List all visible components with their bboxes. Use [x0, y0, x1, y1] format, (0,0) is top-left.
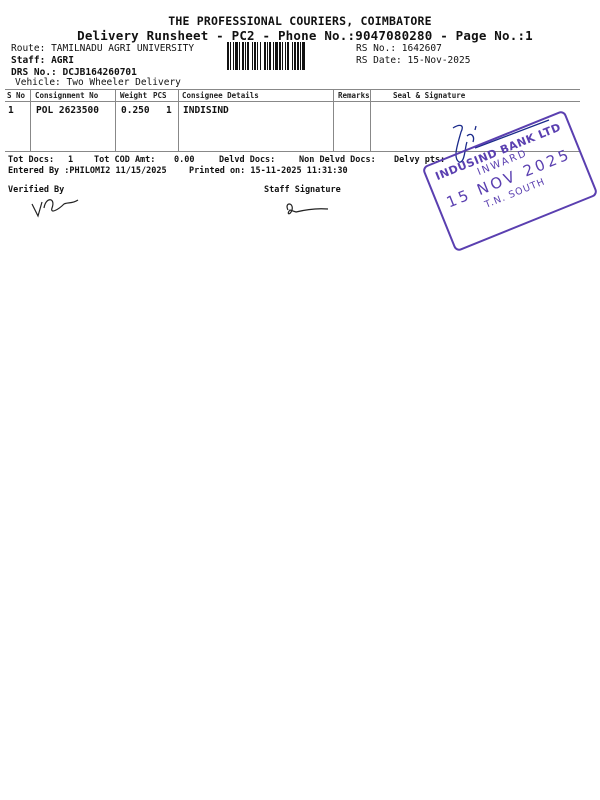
tot-cod-label: Tot COD Amt:: [94, 155, 155, 165]
cell-pcs: 1: [166, 105, 172, 116]
entered-by: Entered By :PHILOMI2 11/15/2025: [8, 166, 167, 176]
col-header-remarks: Remarks: [338, 91, 370, 100]
delvd-docs-label: Delvd Docs:: [219, 155, 275, 165]
col-header-consignee: Consignee Details: [182, 91, 259, 100]
col-header-consignment: Consignment No: [35, 91, 98, 100]
route-value: TAMILNADU AGRI UNIVERSITY: [51, 43, 194, 54]
cell-weight: 0.250: [121, 105, 150, 116]
barcode-bar: [305, 42, 307, 70]
company-title: THE PROFESSIONAL COURIERS, COIMBATORE: [0, 14, 600, 28]
runsheet-subtitle: Delivery Runsheet - PC2 - Phone No.:9047…: [0, 28, 600, 43]
column-divider: [30, 90, 31, 152]
rs-date-label: RS Date:: [356, 55, 402, 66]
cell-consignee: INDISIND: [183, 105, 229, 116]
barcode: [227, 42, 353, 70]
route-info: Route: TAMILNADU AGRI UNIVERSITY: [11, 43, 194, 54]
staff-signature: [282, 200, 332, 220]
printed-on: Printed on: 15-11-2025 11:31:30: [189, 166, 348, 176]
rs-no-label: RS No.:: [356, 43, 396, 54]
col-header-sno: S No: [7, 91, 25, 100]
header-divider: [5, 101, 580, 102]
rs-date-value: 15-Nov-2025: [408, 55, 471, 66]
vehicle-label: Vehicle:: [15, 77, 61, 88]
column-divider: [115, 90, 116, 152]
staff-label: Staff:: [11, 55, 45, 66]
tot-cod-value: 0.00: [174, 155, 194, 165]
staff-signature-label: Staff Signature: [264, 185, 341, 195]
staff-value: AGRI: [51, 55, 74, 66]
route-label: Route:: [11, 43, 45, 54]
column-divider: [333, 90, 334, 152]
rs-no-value: 1642607: [402, 43, 442, 54]
col-header-seal: Seal & Signature: [393, 91, 465, 100]
verified-signature: [28, 190, 88, 220]
column-divider: [370, 90, 371, 152]
col-header-pcs: PCS: [153, 91, 167, 100]
rs-no-info: RS No.: 1642607: [356, 43, 442, 54]
staff-info: Staff: AGRI: [11, 55, 74, 66]
cell-consignment-no: POL 2623500: [36, 105, 99, 116]
non-delvd-docs-label: Non Delvd Docs:: [299, 155, 376, 165]
vehicle-info: Vehicle: Two Wheeler Delivery: [15, 77, 181, 88]
column-divider: [178, 90, 179, 152]
col-header-weight: Weight: [120, 91, 147, 100]
cell-sno: 1: [8, 105, 14, 116]
vehicle-value: Two Wheeler Delivery: [67, 77, 181, 88]
rs-date-info: RS Date: 15-Nov-2025: [356, 55, 470, 66]
tot-docs-value: 1: [68, 155, 73, 165]
tot-docs-label: Tot Docs:: [8, 155, 54, 165]
